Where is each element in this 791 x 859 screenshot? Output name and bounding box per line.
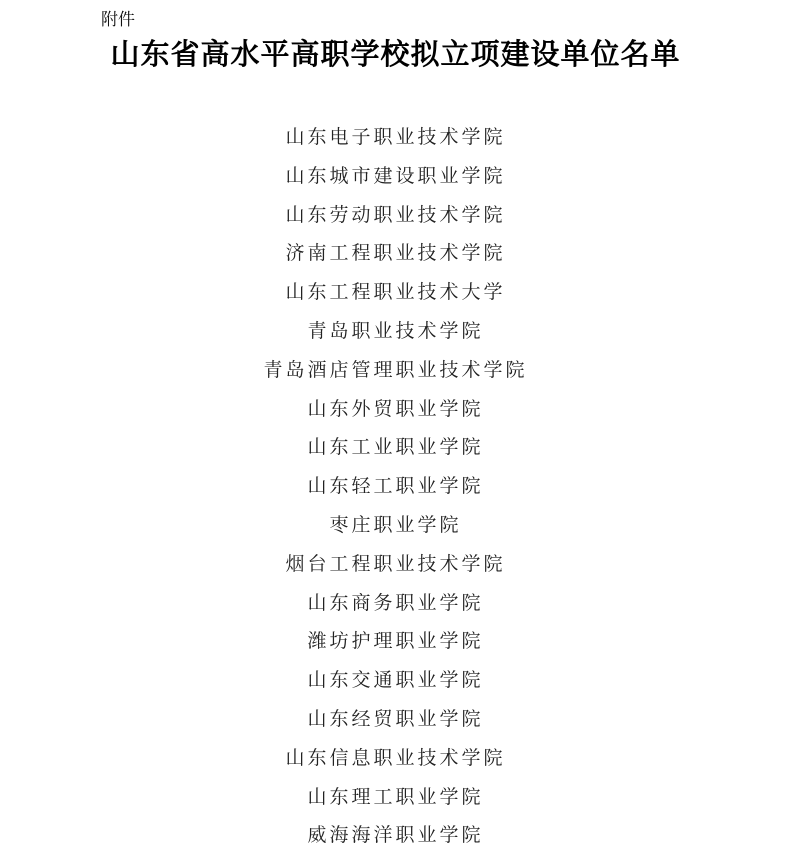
school-list-item: 山东理工职业学院 [0,778,791,817]
school-list-item: 山东工程职业技术大学 [0,273,791,312]
school-list-item: 山东信息职业技术学院 [0,739,791,778]
school-list-item: 威海海洋职业学院 [0,816,791,855]
school-list-item: 山东经贸职业学院 [0,700,791,739]
school-list-item: 烟台工程职业技术学院 [0,545,791,584]
document-title: 山东省高水平高职学校拟立项建设单位名单 [0,36,791,72]
school-list-item: 潍坊护理职业学院 [0,622,791,661]
school-list-item: 青岛酒店管理职业技术学院 [0,351,791,390]
school-list-item: 山东电子职业技术学院 [0,118,791,157]
school-list-item: 济南工程职业技术学院 [0,234,791,273]
school-list-item: 山东交通职业学院 [0,661,791,700]
school-list-item: 枣庄职业学院 [0,506,791,545]
school-list: 山东电子职业技术学院 山东城市建设职业学院 山东劳动职业技术学院 济南工程职业技… [0,118,791,855]
school-list-item: 山东轻工职业学院 [0,467,791,506]
school-list-item: 山东商务职业学院 [0,584,791,623]
attachment-label: 附件 [101,10,135,30]
school-list-item: 山东劳动职业技术学院 [0,196,791,235]
school-list-item: 山东城市建设职业学院 [0,157,791,196]
school-list-item: 山东工业职业学院 [0,428,791,467]
school-list-item: 青岛职业技术学院 [0,312,791,351]
school-list-item: 山东外贸职业学院 [0,390,791,429]
